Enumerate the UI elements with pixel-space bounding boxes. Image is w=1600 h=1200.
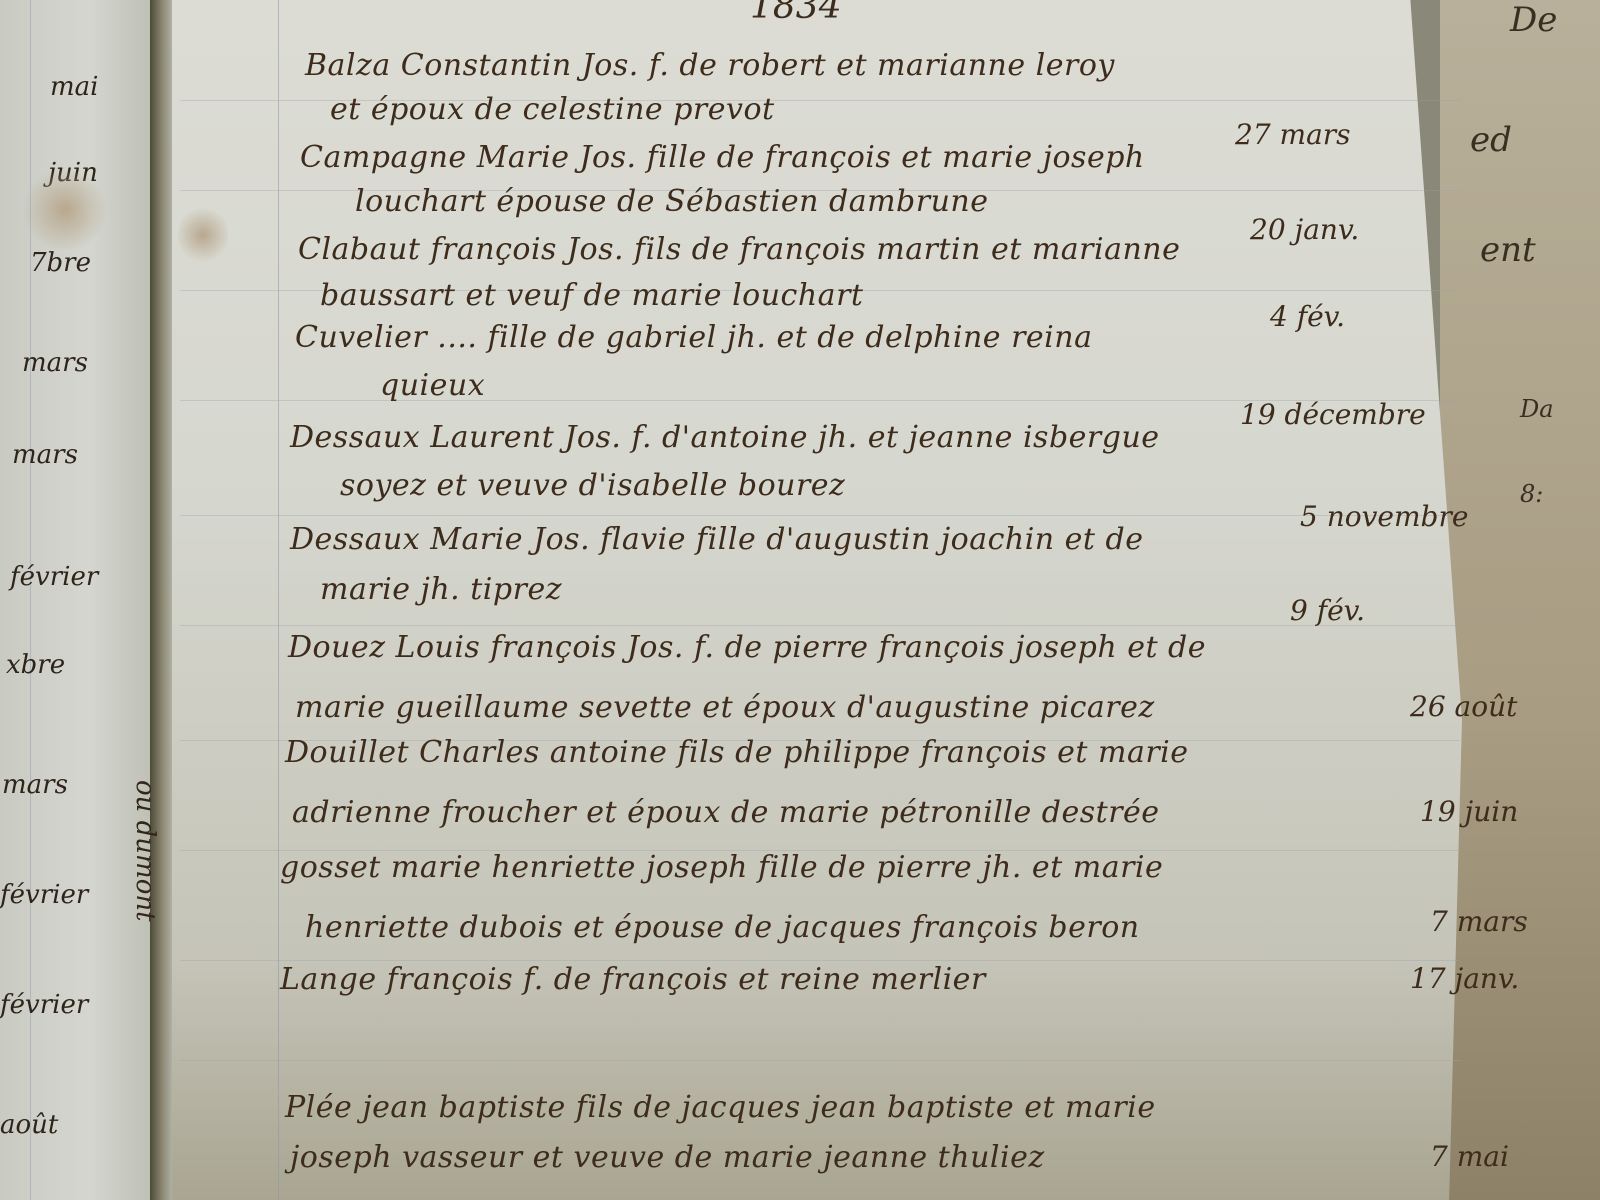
- entry-line: joseph vasseur et veuve de marie jeanne …: [290, 1140, 1045, 1175]
- ink-stain: [178, 205, 228, 265]
- left-month: mars: [22, 348, 88, 378]
- entry-line: marie jh. tiprez: [320, 572, 562, 607]
- entry-line: Douillet Charles antoine fils de philipp…: [285, 735, 1189, 770]
- entry-line: marie gueillaume sevette et époux d'augu…: [295, 690, 1155, 725]
- right-fragment: 8:: [1520, 480, 1543, 508]
- entry-date: 9 fév.: [1290, 594, 1365, 627]
- ink-stain: [20, 170, 110, 250]
- entry-line: Clabaut françois Jos. fils de françois m…: [298, 232, 1180, 267]
- ruled-line: [180, 960, 1460, 961]
- entry-line: gosset marie henriette joseph fille de p…: [280, 850, 1163, 885]
- right-fragment: Da: [1520, 395, 1554, 423]
- left-month: février: [0, 990, 88, 1020]
- entry-date: 5 novembre: [1300, 500, 1468, 533]
- entry-date: 7 mai: [1430, 1140, 1509, 1173]
- ruled-line: [180, 1060, 1460, 1061]
- left-month: février: [0, 880, 88, 910]
- entry-line: louchart épouse de Sébastien dambrune: [355, 184, 988, 219]
- entry-date: 20 janv.: [1250, 213, 1359, 246]
- margin-note: ou dumont: [130, 780, 160, 922]
- entry-line: Dessaux Laurent Jos. f. d'antoine jh. et…: [290, 420, 1160, 455]
- entry-line: Cuvelier .... fille de gabriel jh. et de…: [295, 320, 1092, 355]
- entry-date: 27 mars: [1235, 118, 1351, 151]
- left-month: xbre: [6, 650, 65, 680]
- left-month: 7bre: [30, 248, 91, 278]
- entry-date: 26 août: [1410, 690, 1517, 723]
- entry-date: 17 janv.: [1410, 962, 1519, 995]
- left-month: mars: [2, 770, 68, 800]
- entry-line: baussart et veuf de marie louchart: [320, 278, 863, 313]
- entry-line: et époux de celestine prevot: [330, 92, 775, 127]
- margin-rule: [278, 0, 279, 1200]
- ruled-line: [180, 625, 1460, 626]
- right-fragment: De: [1510, 0, 1557, 40]
- entry-line: Lange françois f. de françois et reine m…: [280, 962, 986, 997]
- entry-line: adrienne froucher et époux de marie pétr…: [292, 795, 1160, 830]
- left-month: février: [10, 562, 98, 592]
- ruled-line: [180, 515, 1460, 516]
- entry-line: Plée jean baptiste fils de jacques jean …: [285, 1090, 1156, 1125]
- entry-date: 19 juin: [1420, 795, 1518, 828]
- entry-date: 19 décembre: [1240, 398, 1426, 431]
- left-page: mai juin 7bre mars mars février xbre mar…: [0, 0, 150, 1200]
- right-page: De ed ent Da 8:: [1440, 0, 1600, 1200]
- right-fragment: ed: [1470, 120, 1512, 160]
- left-month: mars: [12, 440, 78, 470]
- register-year: 1834: [750, 0, 842, 27]
- margin-rule: [30, 0, 31, 1200]
- entry-line: Campagne Marie Jos. fille de françois et…: [300, 140, 1145, 175]
- entry-line: Douez Louis françois Jos. f. de pierre f…: [288, 630, 1206, 665]
- entry-line: Dessaux Marie Jos. flavie fille d'august…: [290, 522, 1143, 557]
- entry-line: soyez et veuve d'isabelle bourez: [340, 468, 845, 503]
- entry-line: Balza Constantin Jos. f. de robert et ma…: [305, 48, 1115, 83]
- right-fragment: ent: [1480, 230, 1536, 270]
- entry-date: 4 fév.: [1270, 300, 1345, 333]
- entry-date: 7 mars: [1430, 905, 1528, 938]
- entry-line: quieux: [380, 368, 485, 403]
- left-month: mai: [50, 72, 98, 102]
- entry-line: henriette dubois et épouse de jacques fr…: [305, 910, 1140, 945]
- book-gutter: [150, 0, 174, 1200]
- left-month: août: [0, 1110, 58, 1140]
